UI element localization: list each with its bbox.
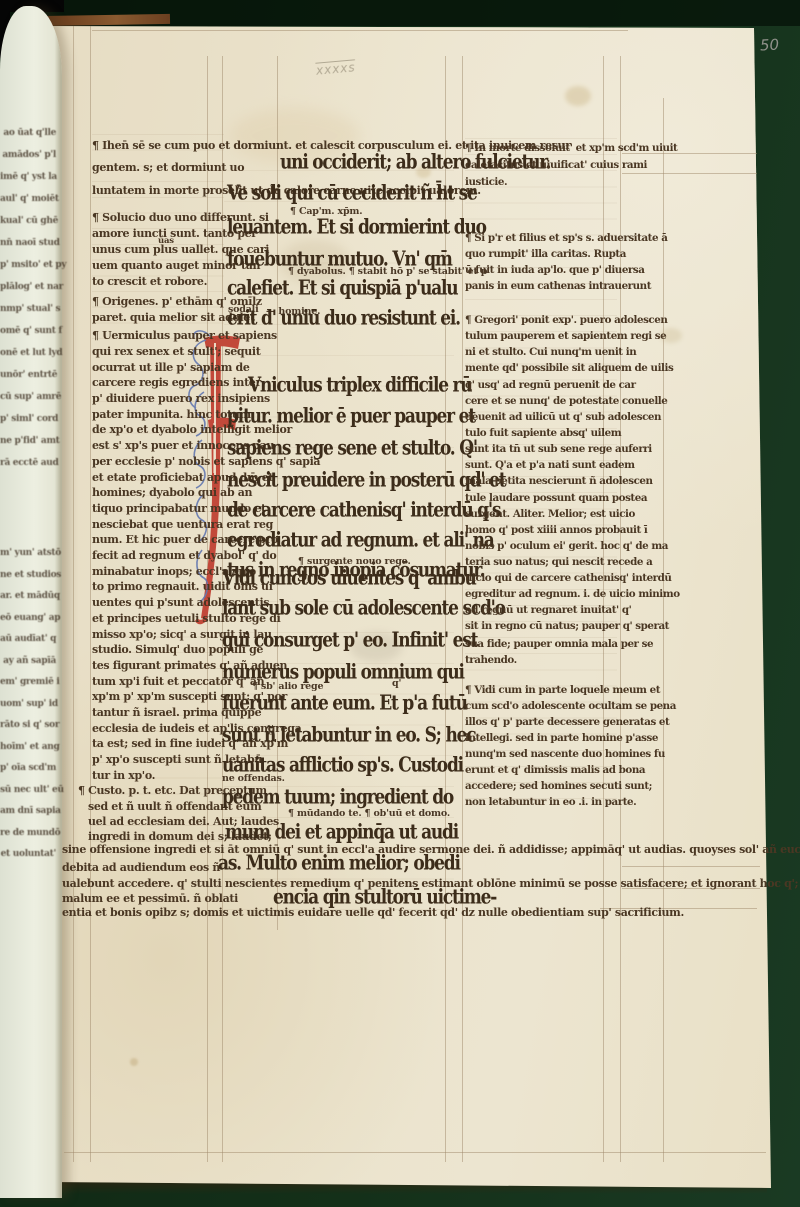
bottom-gloss-line: debita ad audiendum eos ñ [62,861,220,874]
bottom-gloss-line: entia et bonis opibz s; domis et uictimi… [62,906,684,919]
bottom-gloss-block: sine offensione ingredi et si āt omniū q… [0,0,800,1207]
bottom-gloss-line: sine offensione ingredi et si āt omniū q… [62,843,800,856]
bottom-gloss-line: malum ee et pessimū. ñ oblati [62,892,238,905]
bottom-gloss-line: ualebunt accedere. q' stulti nescientes … [62,877,798,890]
manuscript-photo: { "photo": { "background_green": "#14301… [0,0,800,1207]
